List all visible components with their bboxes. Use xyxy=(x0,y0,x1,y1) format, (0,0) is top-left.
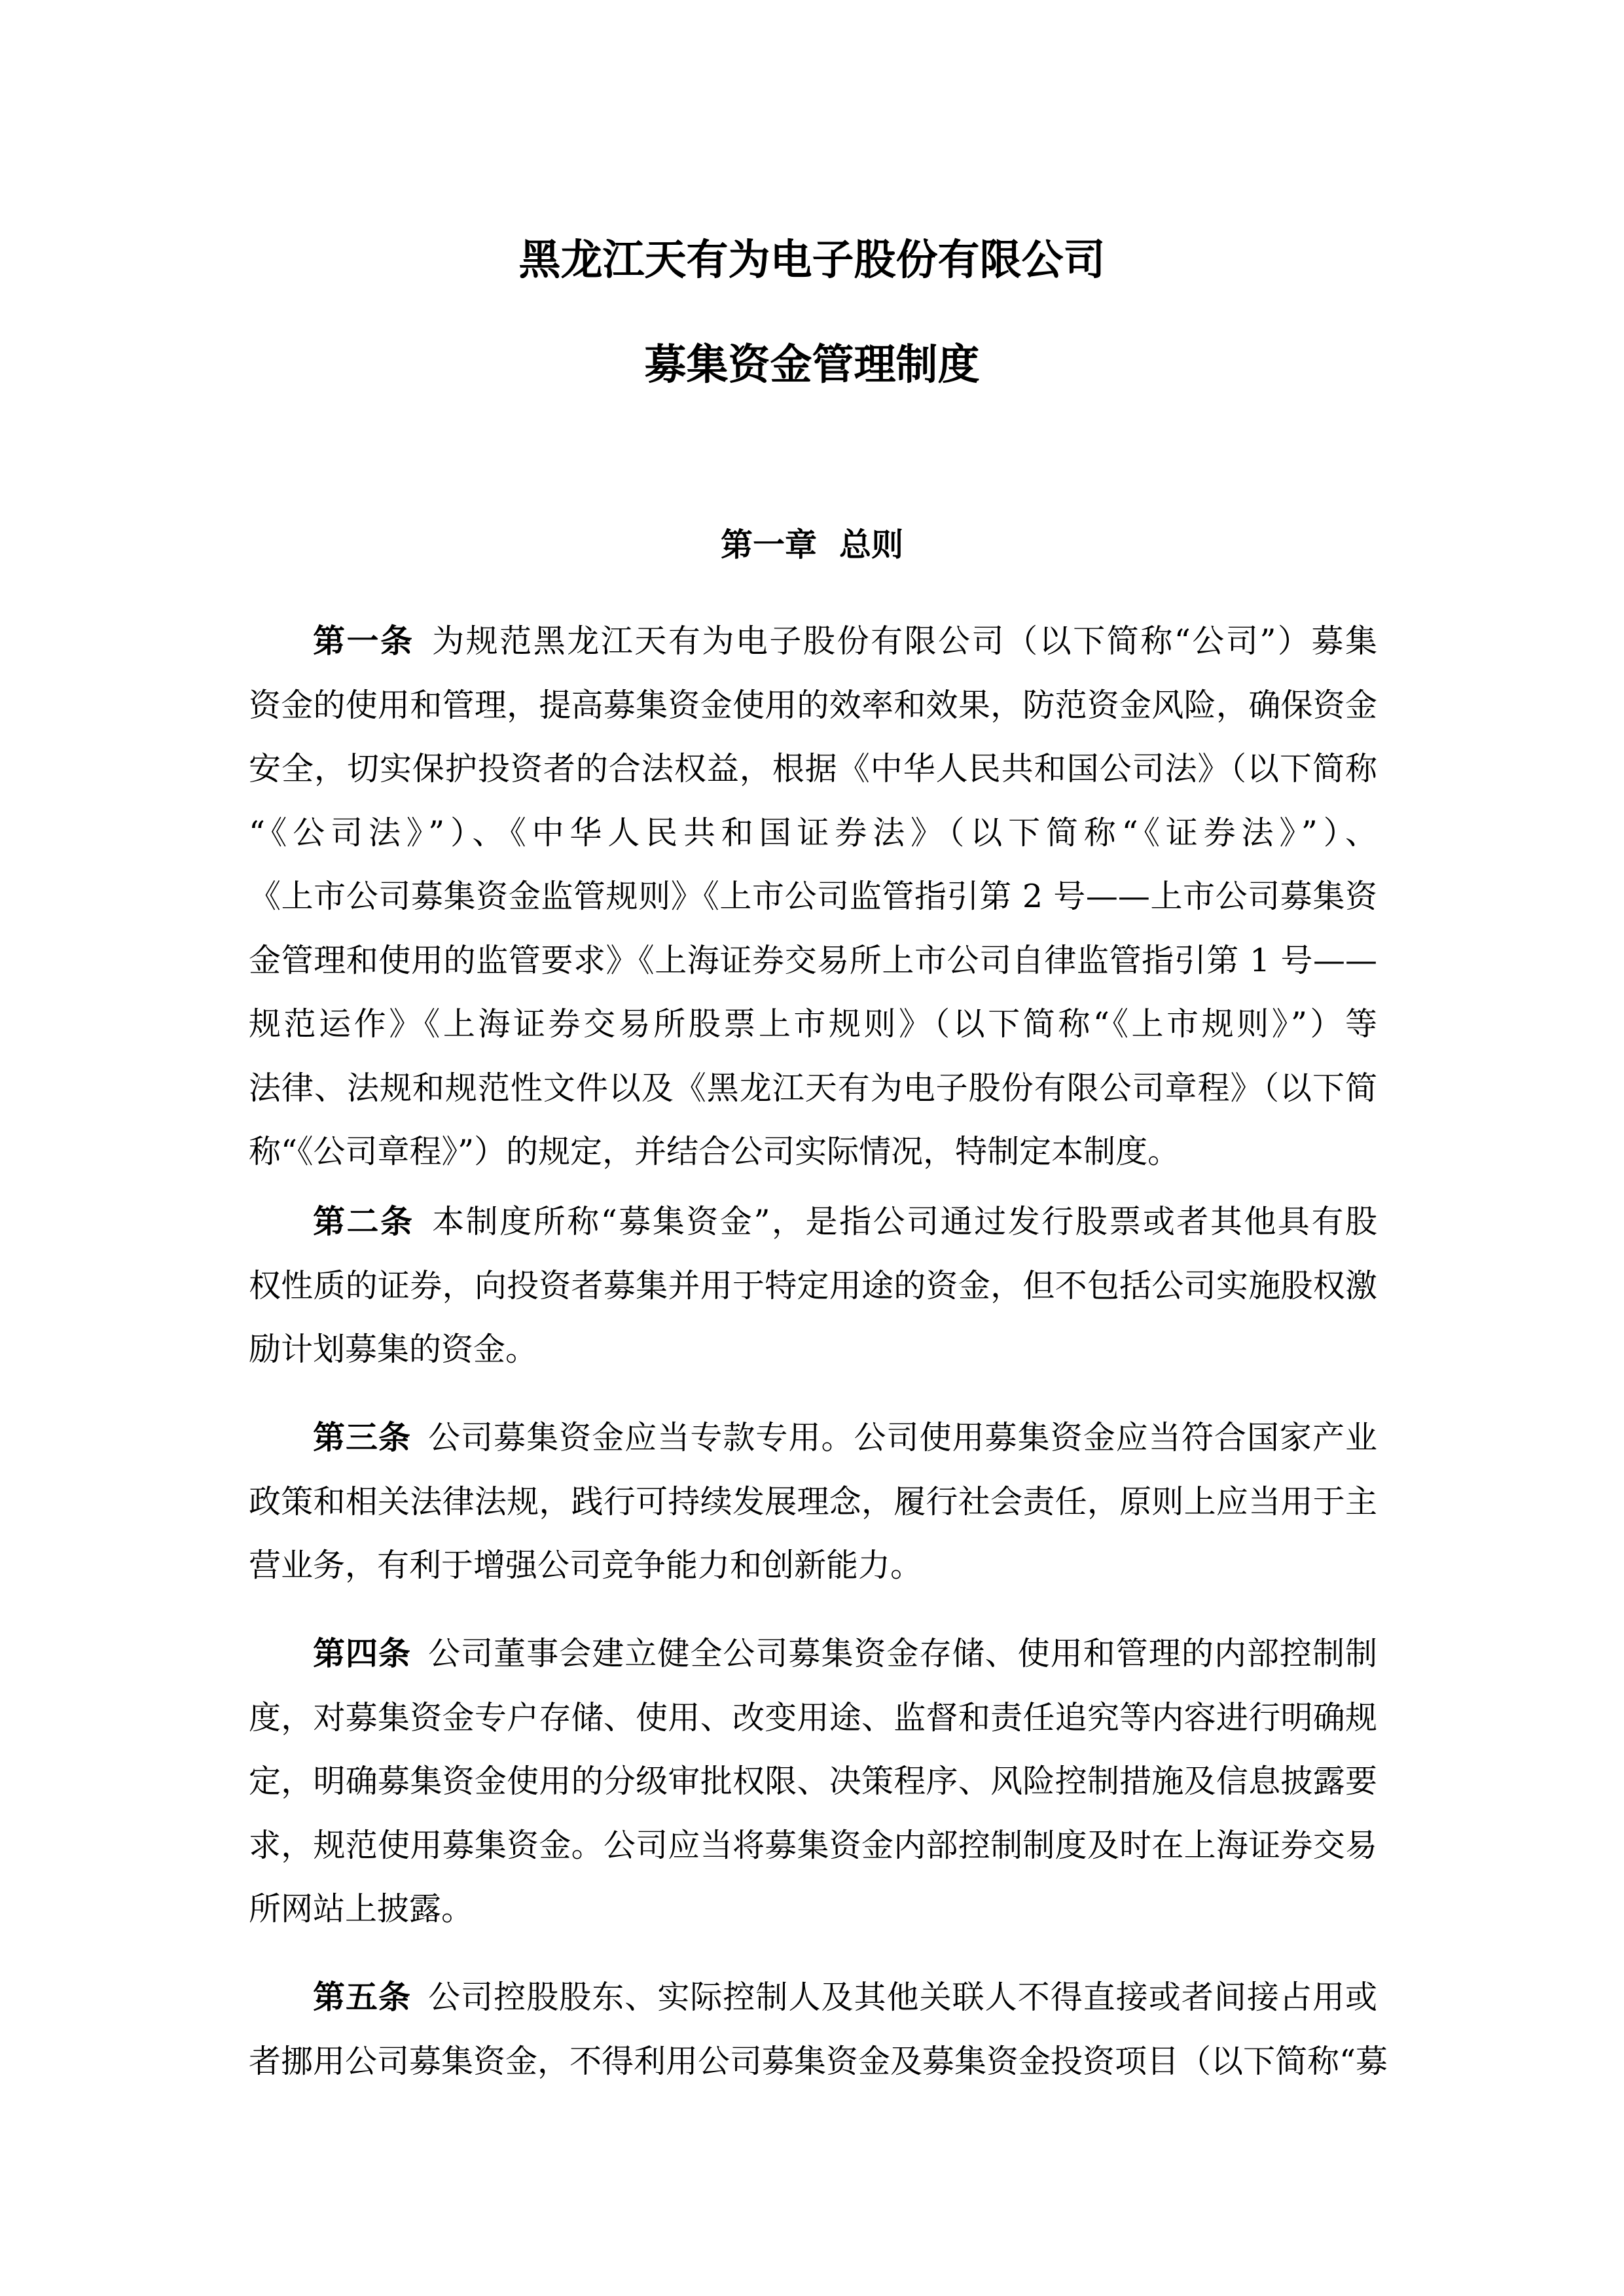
article-line: 《上市公司募集资金监管规则》《上市公司监管指引第 2 号——上市公司募集资 xyxy=(249,865,1377,929)
article-number: 第四条 xyxy=(313,1635,411,1672)
article-number: 第二条 xyxy=(313,1203,414,1240)
document-page: 黑龙江天有为电子股份有限公司 募集资金管理制度 第一章 总则 第一条为规范黑龙江… xyxy=(0,0,1624,2296)
article-number: 第三条 xyxy=(313,1419,411,1456)
article-number: 第一条 xyxy=(313,622,414,660)
article-line: 法律、法规和规范性文件以及《黑龙江天有为电子股份有限公司章程》（以下简 xyxy=(249,1056,1377,1121)
article-line: 营业务，有利于增强公司竞争能力和创新能力。 xyxy=(249,1534,1377,1598)
article-4: 第四条公司董事会建立健全公司募集资金存储、使用和管理的内部控制制 度，对募集资金… xyxy=(249,1622,1377,1941)
article-line: 金管理和使用的监管要求》《上海证券交易所上市公司自律监管指引第 1 号—— xyxy=(249,929,1377,993)
article-line: 求，规范使用募集资金。公司应当将募集资金内部控制制度及时在上海证券交易 xyxy=(249,1814,1377,1878)
article-line: 度，对募集资金专户存储、使用、改变用途、监督和责任追究等内容进行明确规 xyxy=(249,1686,1377,1750)
article-line: 政策和相关法律法规，践行可持续发展理念，履行社会责任，原则上应当用于主 xyxy=(249,1470,1377,1534)
document-title: 募集资金管理制度 xyxy=(0,339,1624,391)
article-line: 定，明确募集资金使用的分级审批权限、决策程序、风险控制措施及信息披露要 xyxy=(249,1749,1377,1814)
article-line: 励计划募集的资金。 xyxy=(249,1318,1377,1382)
article-line: 规范运作》《上海证券交易所股票上市规则》（以下简称“《上市规则》”）等 xyxy=(249,992,1377,1056)
article-line: 第三条公司募集资金应当专款专用。公司使用募集资金应当符合国家产业 xyxy=(249,1406,1377,1470)
article-1: 第一条为规范黑龙江天有为电子股份有限公司（以下简称“公司”）募集 资金的使用和管… xyxy=(249,609,1377,1184)
article-line: 第四条公司董事会建立健全公司募集资金存储、使用和管理的内部控制制 xyxy=(249,1622,1377,1686)
company-title: 黑龙江天有为电子股份有限公司 xyxy=(0,234,1624,287)
article-5: 第五条公司控股股东、实际控制人及其他关联人不得直接或者间接占用或 者挪用公司募集… xyxy=(249,1965,1377,2093)
article-line: 安全，切实保护投资者的合法权益，根据《中华人民共和国公司法》（以下简称 xyxy=(249,737,1377,801)
article-line: 称“《公司章程》”）的规定，并结合公司实际情况，特制定本制度。 xyxy=(249,1120,1377,1184)
article-number: 第五条 xyxy=(313,1979,411,2016)
article-3: 第三条公司募集资金应当专款专用。公司使用募集资金应当符合国家产业 政策和相关法律… xyxy=(249,1406,1377,1598)
chapter-heading: 第一章 总则 xyxy=(0,526,1624,565)
article-line: 第一条为规范黑龙江天有为电子股份有限公司（以下简称“公司”）募集 xyxy=(249,609,1377,673)
article-2: 第二条本制度所称“募集资金”，是指公司通过发行股票或者其他具有股 权性质的证券，… xyxy=(249,1190,1377,1382)
article-line: 所网站上披露。 xyxy=(249,1877,1377,1941)
article-line: 权性质的证券，向投资者募集并用于特定用途的资金，但不包括公司实施股权激 xyxy=(249,1254,1377,1318)
article-line: 资金的使用和管理，提高募集资金使用的效率和效果，防范资金风险，确保资金 xyxy=(249,673,1377,738)
article-line: 第五条公司控股股东、实际控制人及其他关联人不得直接或者间接占用或 xyxy=(249,1965,1377,2030)
article-line: 第二条本制度所称“募集资金”，是指公司通过发行股票或者其他具有股 xyxy=(249,1190,1377,1254)
article-line: 者挪用公司募集资金，不得利用公司募集资金及募集资金投资项目（以下简称“募 xyxy=(249,2030,1377,2094)
article-line: “《公司法》”）、《中华人民共和国证券法》（以下简称“《证券法》”）、 xyxy=(249,801,1377,865)
